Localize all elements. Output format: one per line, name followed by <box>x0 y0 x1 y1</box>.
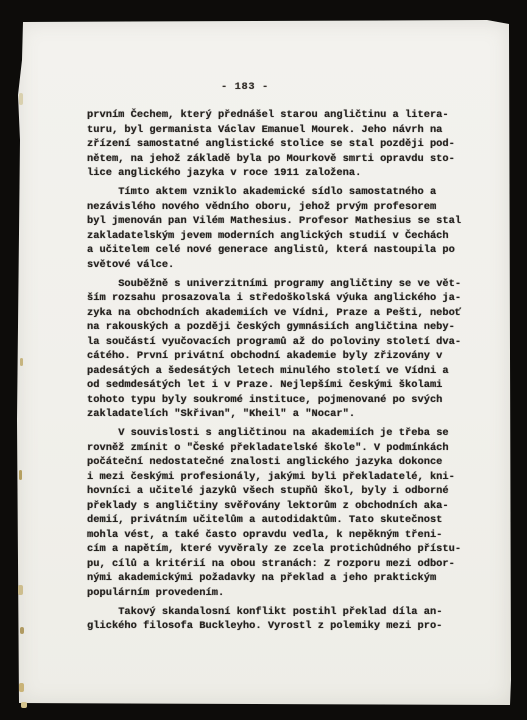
paper-edge-speck <box>19 470 22 480</box>
paragraph: Takový skandalosní konflikt postihl přek… <box>87 605 473 634</box>
paper-edge-speck <box>20 358 23 366</box>
paragraph: V souvislosti s angličtinou na akademiíc… <box>87 426 473 600</box>
scan-background: - 183 - prvním Čechem, který přednášel s… <box>0 0 527 720</box>
paragraph: prvním Čechem, který přednášel starou an… <box>87 108 473 181</box>
paper-edge-speck <box>21 702 27 708</box>
paper-edge-speck <box>19 93 23 105</box>
page-number: - 183 - <box>221 81 269 93</box>
paragraph: Souběžně s univerzitními programy anglič… <box>87 277 473 422</box>
paper-edge-speck <box>18 585 23 595</box>
paper-edge-speck <box>20 627 24 634</box>
paragraph: Tímto aktem vzniklo akademické sídlo sam… <box>87 185 473 272</box>
paper-edge-speck <box>19 683 24 692</box>
paper-page: - 183 - prvním Čechem, který přednášel s… <box>17 20 511 705</box>
document-body: prvním Čechem, který přednášel starou an… <box>87 108 473 638</box>
